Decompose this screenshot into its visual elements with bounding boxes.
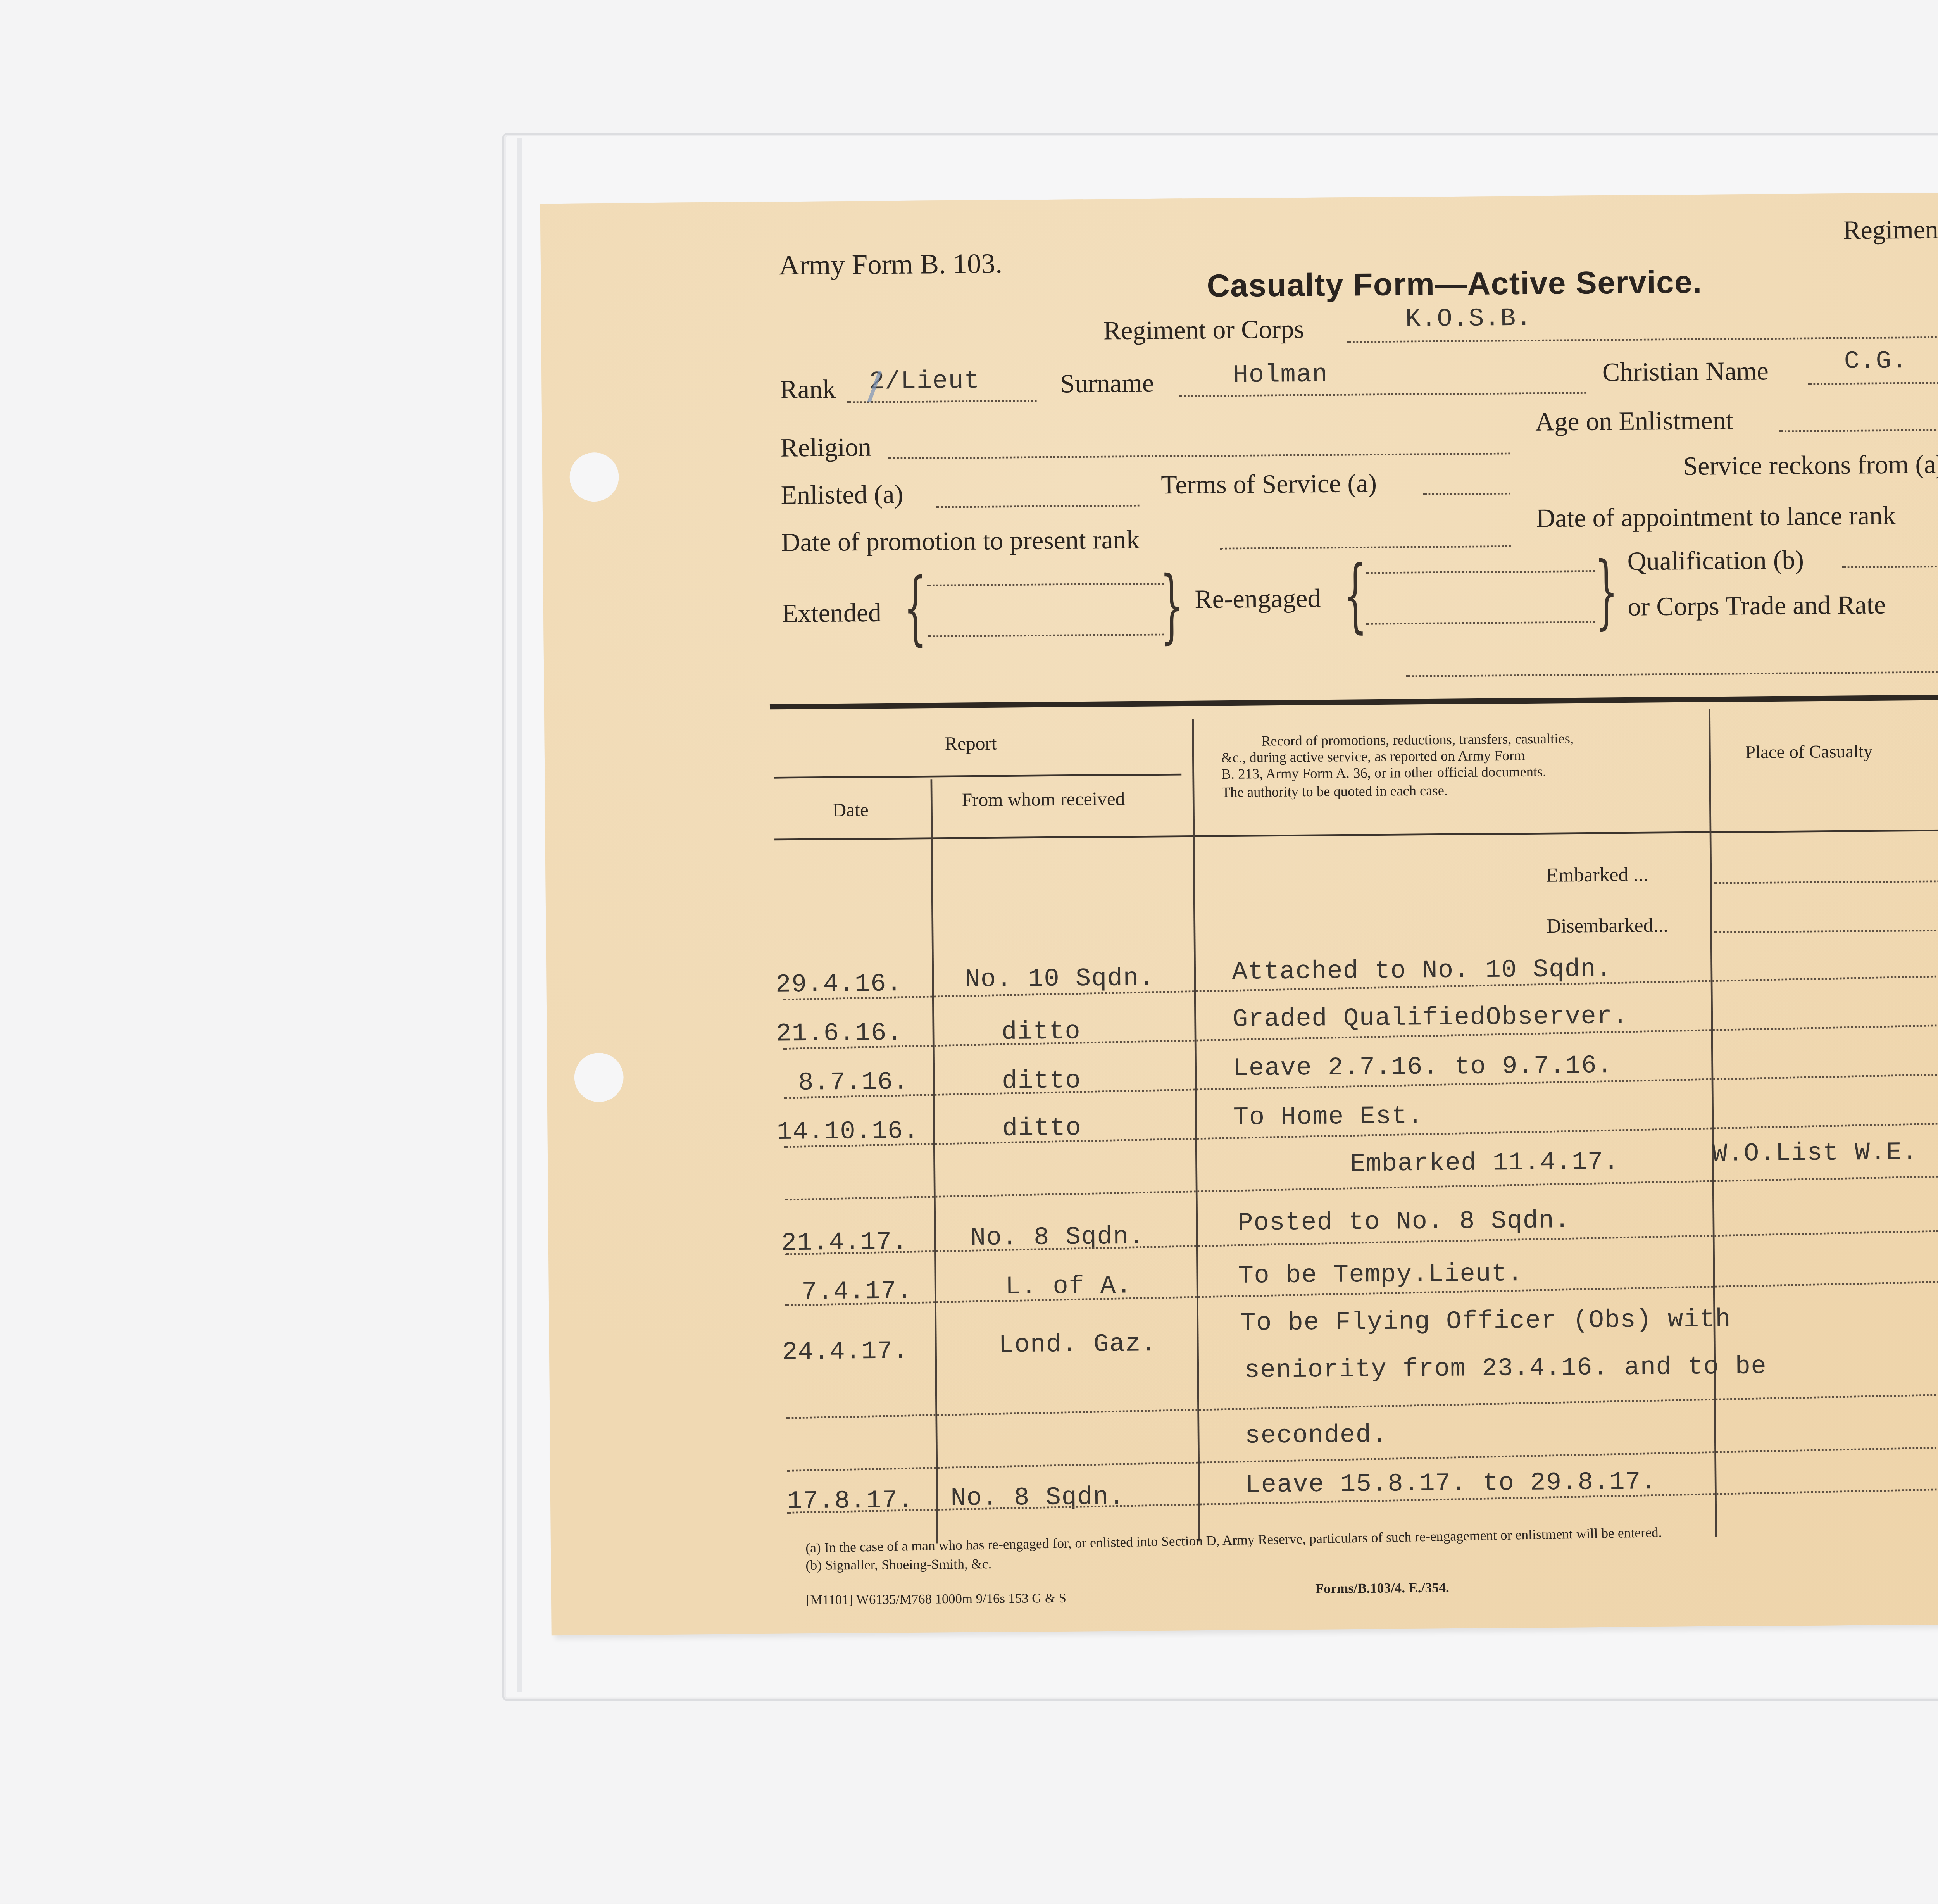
header-record-line-2: &c., during active service, as reported … bbox=[1221, 747, 1574, 767]
regimental-number-label: Regimental Number bbox=[1843, 216, 1938, 248]
enlisted-label: Enlisted (a) bbox=[781, 481, 903, 513]
row-9-line bbox=[786, 1386, 1938, 1419]
age-years-field[interactable] bbox=[1779, 429, 1936, 432]
terms-of-service-field[interactable] bbox=[1423, 493, 1510, 495]
regiment-field[interactable] bbox=[1347, 336, 1938, 343]
row-6-record: Posted to No. 8 Sqdn. bbox=[1238, 1207, 1570, 1239]
row-7-record: To be Tempy.Lieut. bbox=[1238, 1260, 1523, 1292]
extended-open-brace-icon: { bbox=[903, 559, 927, 655]
extended-label: Extended bbox=[782, 599, 882, 631]
rank-label: Rank bbox=[780, 376, 836, 407]
rank-field[interactable] bbox=[847, 400, 1036, 404]
promotion-date-label: Date of promotion to present rank bbox=[781, 526, 1140, 560]
service-reckons-label: Service reckons from (a) bbox=[1683, 451, 1938, 484]
row-5-record: Embarked 11.4.17. bbox=[1350, 1149, 1619, 1180]
row-10-record: seconded. bbox=[1245, 1421, 1388, 1452]
corps-trade-label: or Corps Trade and Rate bbox=[1628, 592, 1886, 624]
qualification-field[interactable] bbox=[1842, 563, 1938, 568]
terms-of-service-label: Terms of Service (a) bbox=[1161, 470, 1377, 503]
reengaged-field-2[interactable] bbox=[1366, 621, 1595, 624]
embarked-place-field[interactable] bbox=[1714, 880, 1938, 884]
row-8-from: Lond. Gaz. bbox=[998, 1331, 1157, 1361]
punch-hole-bottom bbox=[574, 1053, 624, 1102]
header-place-of-casualty: Place of Casualty bbox=[1745, 743, 1873, 764]
header-date: Date bbox=[833, 802, 869, 822]
embarked-label: Embarked ... bbox=[1546, 864, 1648, 887]
casualty-form-paper: Army Form B. 103. Casualty Form—Active S… bbox=[540, 190, 1938, 1636]
row-5-place: W.O.List W.E. bbox=[1712, 1139, 1918, 1169]
christian-name-value: C.G. bbox=[1844, 348, 1908, 377]
col-divider-date bbox=[931, 779, 938, 1543]
row-3-date: 8.7.16. bbox=[798, 1069, 909, 1099]
row-1-date: 29.4.16. bbox=[776, 971, 902, 1001]
christian-name-field[interactable] bbox=[1808, 379, 1938, 385]
surname-label: Surname bbox=[1060, 370, 1154, 402]
row-9-record: seniority from 23.4.16. and to be bbox=[1244, 1353, 1767, 1387]
religion-field[interactable] bbox=[888, 453, 1510, 459]
header-report-underline bbox=[774, 774, 1181, 779]
surname-value: Holman bbox=[1233, 361, 1328, 391]
section-divider bbox=[770, 692, 1938, 709]
rank-value: 2/Lieut bbox=[869, 367, 980, 397]
footnote-a: (a) In the case of a man who has re-enga… bbox=[805, 1524, 1662, 1556]
surname-field[interactable] bbox=[1179, 392, 1586, 397]
reengaged-open-brace-icon: { bbox=[1343, 547, 1367, 643]
header-record: Record of promotions, reductions, transf… bbox=[1221, 730, 1574, 800]
header-record-line-1: Record of promotions, reductions, transf… bbox=[1221, 730, 1574, 750]
row-8-date: 24.4.17. bbox=[782, 1338, 909, 1368]
row-1-from: No. 10 Sqdn. bbox=[965, 965, 1155, 995]
header-record-line-3: B. 213, Army Form A. 36, or in other off… bbox=[1221, 764, 1574, 783]
christian-name-label: Christian Name bbox=[1602, 358, 1769, 390]
print-code: [M1101] W6135/M768 1000m 9/16s 153 G & S bbox=[806, 1590, 1066, 1608]
disembarked-label: Disembarked... bbox=[1547, 915, 1668, 938]
row-4-from: ditto bbox=[1002, 1115, 1082, 1145]
reengaged-field-1[interactable] bbox=[1366, 570, 1595, 574]
disembarked-place-field[interactable] bbox=[1714, 930, 1938, 933]
regiment-label: Regiment or Corps bbox=[1103, 316, 1305, 348]
lance-rank-label: Date of appointment to lance rank bbox=[1536, 502, 1896, 536]
signature-field[interactable] bbox=[1406, 671, 1938, 677]
religion-label: Religion bbox=[780, 434, 871, 466]
header-bottom-rule bbox=[774, 827, 1938, 841]
row-4-record: To Home Est. bbox=[1233, 1103, 1424, 1133]
row-8-record: To be Flying Officer (Obs) with bbox=[1240, 1306, 1731, 1339]
header-record-line-4: The authority to be quoted in each case. bbox=[1222, 781, 1574, 800]
qualification-label: Qualification (b) bbox=[1627, 547, 1804, 579]
form-number: Army Form B. 103. bbox=[779, 249, 1003, 284]
sleeve-binding-edge bbox=[517, 138, 522, 1692]
footnote-b: (b) Signaller, Shoeing-Smith, &c. bbox=[805, 1556, 991, 1573]
header-report: Report bbox=[945, 735, 997, 755]
enlisted-field[interactable] bbox=[936, 505, 1140, 508]
row-2-date: 21.6.16. bbox=[776, 1019, 903, 1050]
header-from-whom: From whom received bbox=[962, 790, 1125, 812]
extended-close-brace-icon: } bbox=[1160, 557, 1184, 653]
age-label: Age on Enlistment bbox=[1535, 407, 1733, 440]
reengaged-label: Re-engaged bbox=[1195, 585, 1321, 617]
regiment-value: K.O.S.B. bbox=[1405, 305, 1532, 335]
extended-field-2[interactable] bbox=[928, 634, 1164, 637]
row-2-record: Graded QualifiedObserver. bbox=[1233, 1003, 1629, 1035]
forms-code: Forms/B.103/4. E./354. bbox=[1315, 1579, 1449, 1597]
row-3-record: Leave 2.7.16. to 9.7.16. bbox=[1233, 1052, 1613, 1085]
col-divider-from bbox=[1192, 719, 1200, 1542]
extended-field-1[interactable] bbox=[927, 583, 1164, 586]
reengaged-close-brace-icon: } bbox=[1595, 543, 1619, 639]
scan-background: Army Form B. 103. Casualty Form—Active S… bbox=[0, 0, 1938, 1903]
punch-hole-top bbox=[569, 452, 619, 502]
form-title: Casualty Form—Active Service. bbox=[1207, 264, 1702, 306]
